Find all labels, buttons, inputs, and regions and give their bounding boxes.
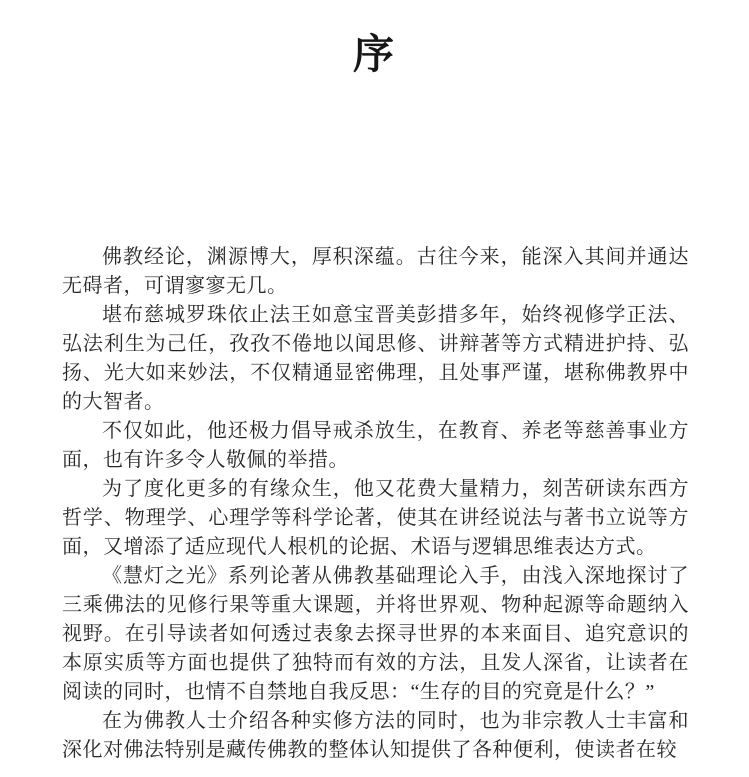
- paragraph-2: 堪布慈城罗珠依止法王如意宝晋美彭措多年，始终视修学正法、弘法利生为己任，孜孜不倦…: [62, 301, 689, 417]
- page-title: 序: [0, 0, 749, 78]
- preface-page: 序 佛教经论，渊源博大，厚积深蕴。古往今来，能深入其间并通达无碍者，可谓寥寥无几…: [0, 0, 749, 777]
- paragraph-4: 为了度化更多的有缘众生，他又花费大量精力，刻苦研读东西方哲学、物理学、心理学等科…: [62, 475, 689, 562]
- paragraph-3: 不仅如此，他还极力倡导戒杀放生，在教育、养老等慈善事业方面，也有许多令人敬佩的举…: [62, 417, 689, 475]
- paragraph-6: 在为佛教人士介绍各种实修方法的同时，也为非宗教人士丰富和深化对佛法特别是藏传佛教…: [62, 707, 689, 765]
- paragraph-1: 佛教经论，渊源博大，厚积深蕴。古往今来，能深入其间并通达无碍者，可谓寥寥无几。: [62, 243, 689, 301]
- document-body: 佛教经论，渊源博大，厚积深蕴。古往今来，能深入其间并通达无碍者，可谓寥寥无几。 …: [62, 243, 689, 765]
- paragraph-5: 《慧灯之光》系列论著从佛教基础理论入手，由浅入深地探讨了三乘佛法的见修行果等重大…: [62, 562, 689, 707]
